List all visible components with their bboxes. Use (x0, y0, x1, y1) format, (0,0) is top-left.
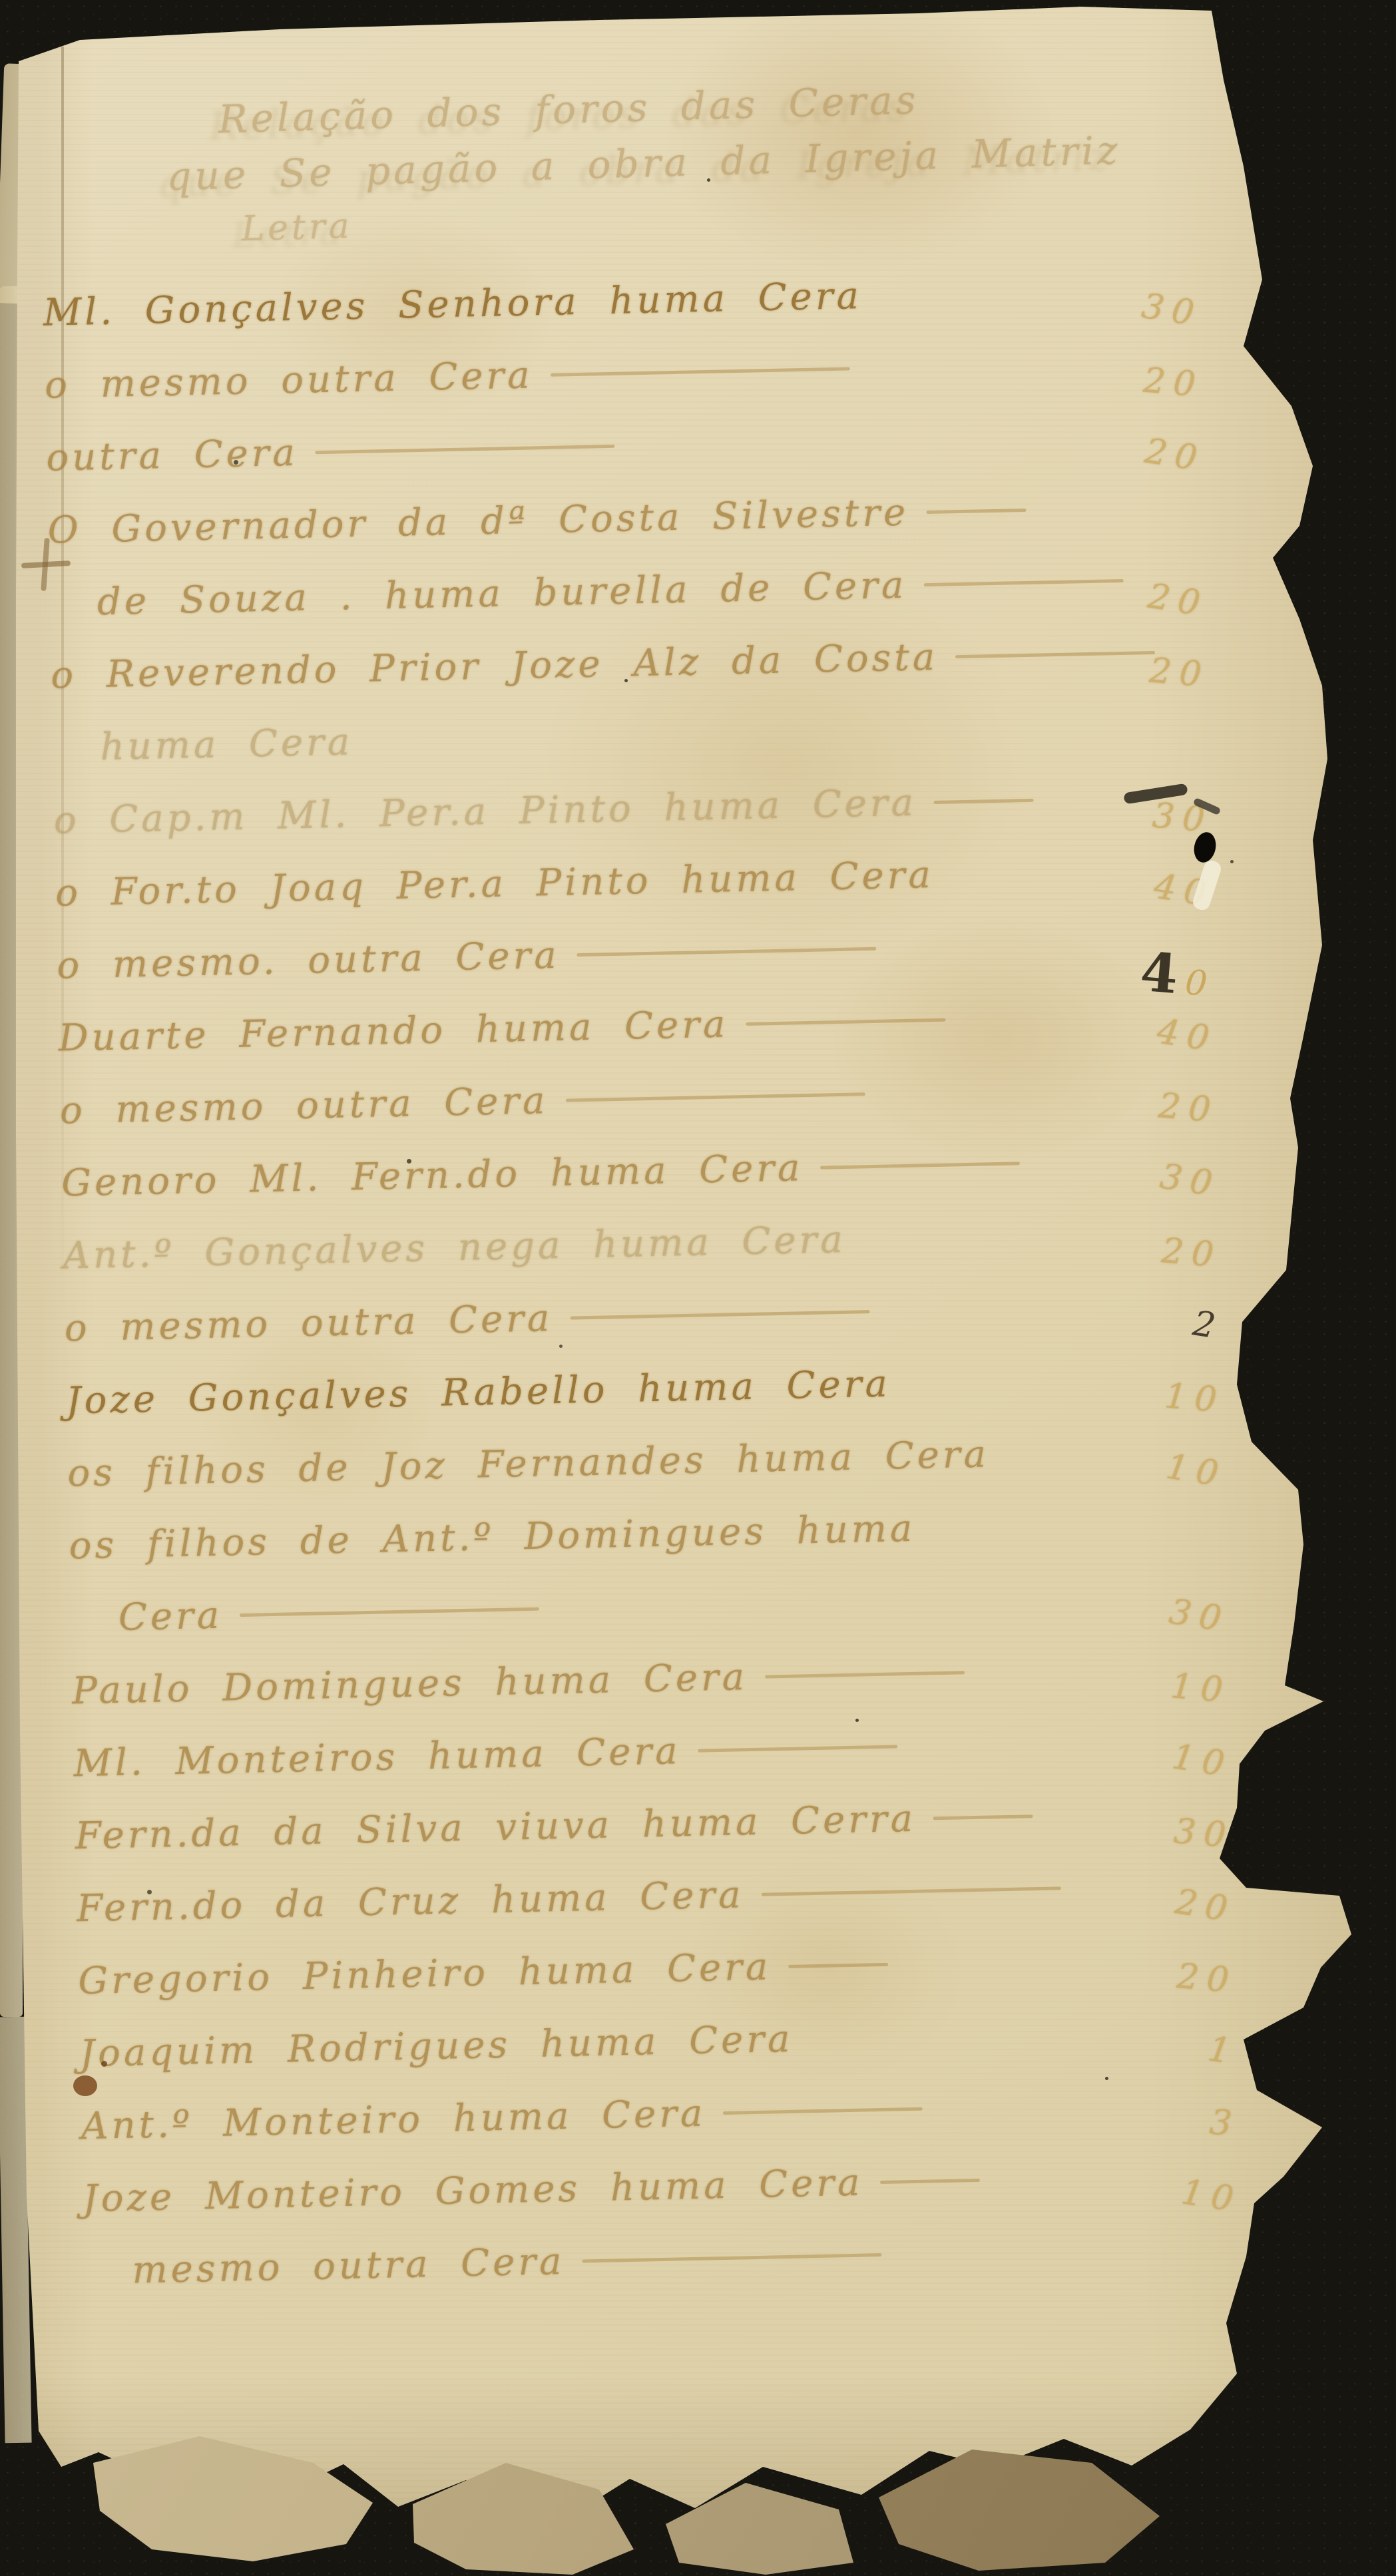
entry-amount: 30 (1157, 1156, 1222, 1205)
entry-amount: 20 (1142, 361, 1205, 405)
dirt-specks (707, 178, 710, 182)
entry-text: mesmo outra Cera (132, 2240, 565, 2292)
entry-amount: 10 (1164, 1446, 1229, 1495)
ink-dash (240, 1608, 539, 1617)
entry-amount: 1 (1206, 2029, 1242, 2073)
entry-amount: 20 (1145, 576, 1210, 625)
entry-text: o mesmo outra Cera (59, 1079, 549, 1132)
ink-dash (550, 367, 849, 376)
ink-dash (924, 579, 1124, 586)
ink-dash (820, 1162, 1020, 1169)
entry-amount: 20 (1160, 1231, 1223, 1275)
ink-dash (788, 1963, 888, 1968)
manuscript-page: Relação dos foros das Ceras que Se pagão… (0, 0, 1396, 2576)
ink-dash (565, 1092, 865, 1102)
ledger-entries: Ml. Gonçalves Senhora huma Cera 30 o mes… (43, 266, 1323, 2322)
entry-amount: 20 (1142, 431, 1208, 480)
entry-amount: 30 (1166, 1592, 1232, 1640)
ink-dash (761, 1886, 1060, 1896)
entry-amount: 3 (1208, 2102, 1242, 2145)
entry-text: outra Cera (46, 431, 299, 480)
entry-text: o mesmo outra Cera (64, 1297, 553, 1350)
entry-text: Cera (118, 1594, 222, 1639)
ink-dash (765, 1671, 965, 1678)
entry-text: Ml. Gonçalves Senhora huma Cera (43, 274, 862, 335)
entry-amount: 2 (1190, 1303, 1226, 1347)
ink-dash (582, 2253, 881, 2262)
entry-amount: 20 (1157, 1086, 1220, 1130)
ink-dash (570, 1310, 869, 1319)
entry-text: o mesmo outra Cera (45, 353, 534, 407)
entry-amount: 10 (1163, 1376, 1226, 1420)
ink-dash (723, 2107, 923, 2115)
photo-background: Relação dos foros das Ceras que Se pagão… (0, 0, 1396, 2576)
entry-amount: 20 (1175, 1956, 1238, 2001)
entry-amount: 10 (1169, 1666, 1232, 1711)
entry-amount: 40 (1154, 1012, 1220, 1060)
entry-text: huma Cera (100, 720, 353, 769)
ink-dash (316, 445, 615, 454)
entry-amount: 10 (1178, 2172, 1244, 2221)
ink-dash (926, 509, 1026, 514)
page-header: Relação dos foros das Ceras que Se pagão… (124, 65, 1140, 260)
ink-dash (955, 651, 1155, 658)
ink-dash (577, 947, 877, 957)
entry-amount: 10 (1170, 1737, 1235, 1785)
entry-amount: 20 (1148, 651, 1211, 696)
ink-dash (746, 1018, 945, 1026)
ink-dash (698, 1745, 897, 1752)
entry-amount: 30 (1139, 286, 1204, 335)
ink-blot (73, 2075, 97, 2096)
entry-amount: 20 (1172, 1882, 1238, 1930)
ink-dash (933, 1815, 1033, 1820)
ink-blot (101, 2061, 107, 2067)
entry-amount: 30 (1172, 1811, 1236, 1856)
ink-dash (934, 799, 1034, 804)
ink-dash (880, 2179, 980, 2184)
